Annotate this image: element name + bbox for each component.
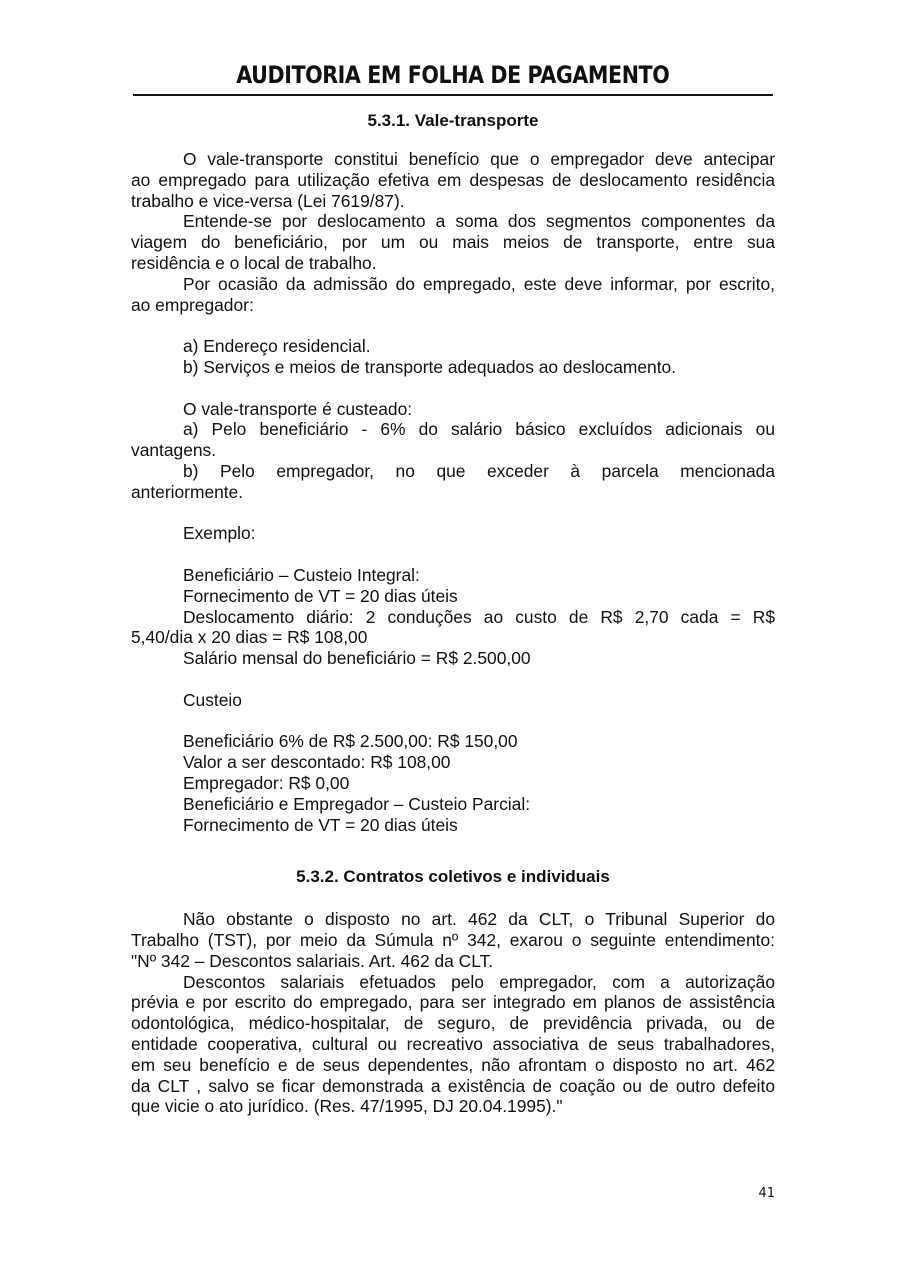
text-line: O vale-transporte é custeado: <box>131 399 775 420</box>
list-item: b) Pelo empregador, no que exceder à par… <box>131 461 775 503</box>
text-line: Beneficiário – Custeio Integral: <box>131 565 775 586</box>
spacer <box>131 544 775 565</box>
text-line: O vale-transporte constitui benefício qu… <box>131 149 775 170</box>
text-line: Por ocasião da admissão do empregado, es… <box>131 274 775 295</box>
text-line: Valor a ser descontado: R$ 108,00 <box>131 752 775 773</box>
text-line: da CLT , salvo se ficar demonstrada a ex… <box>131 1076 775 1097</box>
text-line: Entende-se por deslocamento a soma dos s… <box>131 211 775 232</box>
text-line: a) Pelo beneficiário - 6% do salário bás… <box>131 419 775 440</box>
text-line: Beneficiário 6% de R$ 2.500,00: R$ 150,0… <box>131 731 775 752</box>
list-item: a) Endereço residencial. <box>131 336 775 357</box>
text-line: Trabalho (TST), por meio da Súmula nº 34… <box>131 930 775 951</box>
section-heading-vale-transporte: 5.3.1. Vale-transporte <box>131 110 775 131</box>
paragraph: Entende-se por deslocamento a soma dos s… <box>131 211 775 273</box>
page-content: 5.3.1. Vale-transporte O vale-transporte… <box>131 110 775 1117</box>
text-line: Salário mensal do beneficiário = R$ 2.50… <box>131 648 775 669</box>
text-line: trabalho e vice-versa (Lei 7619/87). <box>131 191 775 212</box>
running-header: AUDITORIA EM FOLHA DE PAGAMENTO <box>133 58 773 96</box>
list-item: b) Serviços e meios de transporte adequa… <box>131 357 775 378</box>
spacer <box>131 131 775 149</box>
text-line: anteriormente. <box>131 482 775 503</box>
text-line: Fornecimento de VT = 20 dias úteis <box>131 815 775 836</box>
text-line: 5,40/dia x 20 dias = R$ 108,00 <box>131 627 775 648</box>
text-line: Não obstante o disposto no art. 462 da C… <box>131 909 775 930</box>
spacer <box>131 503 775 524</box>
text-line: ao empregado para utilização efetiva em … <box>131 170 775 191</box>
text-line: Descontos salariais efetuados pelo empre… <box>131 972 775 993</box>
paragraph: O vale-transporte constitui benefício qu… <box>131 149 775 211</box>
spacer <box>131 378 775 399</box>
text-line: odontológica, médico-hospitalar, de segu… <box>131 1013 775 1034</box>
text-line: Exemplo: <box>131 523 775 544</box>
text-line: Beneficiário e Empregador – Custeio Parc… <box>131 794 775 815</box>
list: a) Endereço residencial. b) Serviços e m… <box>131 336 775 378</box>
text-line: viagem do beneficiário, por um ou mais m… <box>131 232 775 253</box>
text-line: vantagens. <box>131 440 775 461</box>
text-line: Deslocamento diário: 2 conduções ao cust… <box>131 607 775 628</box>
spacer <box>131 887 775 909</box>
paragraph: Descontos salariais efetuados pelo empre… <box>131 972 775 1118</box>
text-line: "Nº 342 – Descontos salariais. Art. 462 … <box>131 951 775 972</box>
section-heading-contratos: 5.3.2. Contratos coletivos e individuais <box>131 866 775 887</box>
document-title: AUDITORIA EM FOLHA DE PAGAMENTO <box>236 58 669 92</box>
text-line: Fornecimento de VT = 20 dias úteis <box>131 586 775 607</box>
text-line: b) Pelo empregador, no que exceder à par… <box>131 461 775 482</box>
text-line: Empregador: R$ 0,00 <box>131 773 775 794</box>
spacer <box>131 315 775 336</box>
list-item: a) Pelo beneficiário - 6% do salário bás… <box>131 419 775 461</box>
text-line: Custeio <box>131 690 775 711</box>
text-line: em seu benefício e de seus dependentes, … <box>131 1055 775 1076</box>
spacer <box>131 669 775 690</box>
text-line: entidade cooperativa, cultural ou recrea… <box>131 1034 775 1055</box>
text-line: que vicie o ato jurídico. (Res. 47/1995,… <box>131 1096 775 1117</box>
paragraph: Por ocasião da admissão do empregado, es… <box>131 274 775 316</box>
paragraph: Não obstante o disposto no art. 462 da C… <box>131 909 775 971</box>
spacer <box>131 835 775 866</box>
text-line: residência e o local de trabalho. <box>131 253 775 274</box>
text-line: ao empregador: <box>131 295 775 316</box>
spacer <box>131 711 775 732</box>
page-number: 41 <box>740 1186 775 1201</box>
text-line: prévia e por escrito do empregado, para … <box>131 992 775 1013</box>
